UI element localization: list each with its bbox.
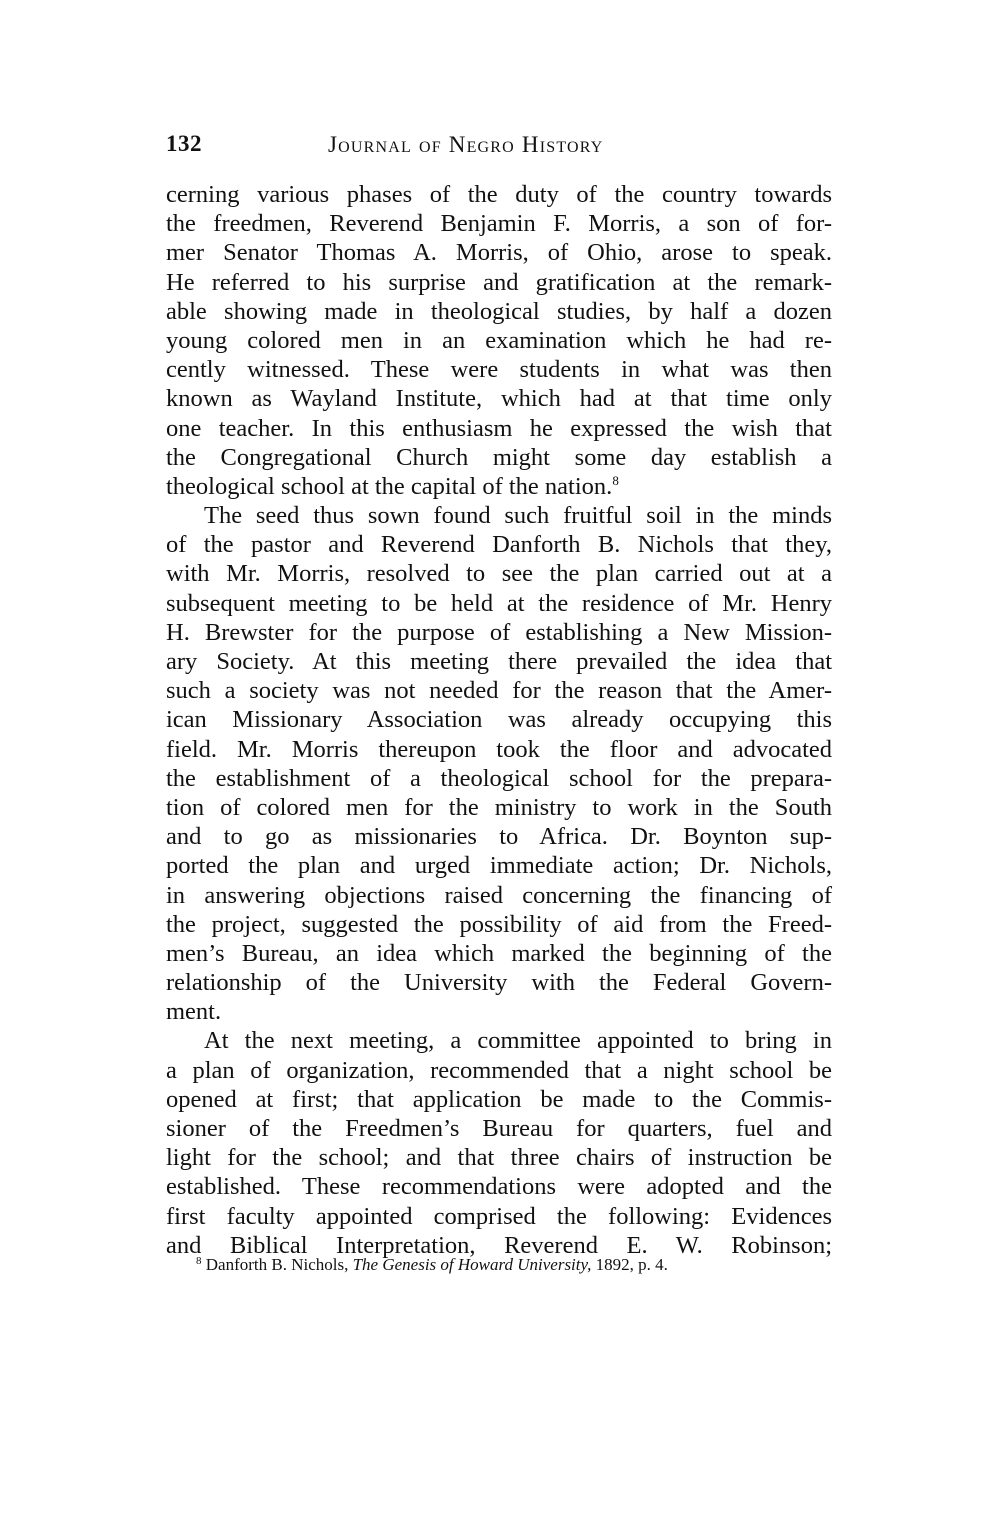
text-line: first faculty appointed comprised the fo… bbox=[166, 1202, 832, 1231]
text-line: He referred to his surprise and gratific… bbox=[166, 268, 832, 297]
footnote-reference[interactable]: 8 bbox=[612, 473, 619, 488]
text-line: The seed thus sown found such fruitful s… bbox=[166, 501, 832, 530]
text-line: light for the school; and that three cha… bbox=[166, 1143, 832, 1172]
text-line: relationship of the University with the … bbox=[166, 968, 832, 997]
text-line: such a society was not needed for the re… bbox=[166, 676, 832, 705]
text-line: ary Society. At this meeting there preva… bbox=[166, 647, 832, 676]
journal-title: Journal of Negro History bbox=[328, 132, 604, 158]
text-line: a plan of organization, recommended that… bbox=[166, 1056, 832, 1085]
text-line: theological school at the capital of the… bbox=[166, 472, 832, 501]
text-line: ican Missionary Association was already … bbox=[166, 705, 832, 734]
text-line: tion of colored men for the ministry to … bbox=[166, 793, 832, 822]
text-line: opened at first; that application be mad… bbox=[166, 1085, 832, 1114]
text-line: the Congregational Church might some day… bbox=[166, 443, 832, 472]
text-line: subsequent meeting to be held at the res… bbox=[166, 589, 832, 618]
footnote: 8 Danforth B. Nichols, The Genesis of Ho… bbox=[196, 1254, 836, 1276]
text-line: H. Brewster for the purpose of establish… bbox=[166, 618, 832, 647]
text-line: men’s Bureau, an idea which marked the b… bbox=[166, 939, 832, 968]
footnote-publication-info: 1892, p. 4. bbox=[591, 1255, 668, 1274]
running-head: 132 Journal of Negro History bbox=[166, 131, 832, 161]
text-line: one teacher. In this enthusiasm he expre… bbox=[166, 414, 832, 443]
text-line: cerning various phases of the duty of th… bbox=[166, 180, 832, 209]
text-line: field. Mr. Morris thereupon took the flo… bbox=[166, 735, 832, 764]
paragraph-3: At the next meeting, a committee appoint… bbox=[166, 1026, 832, 1260]
document-page: 132 Journal of Negro History cerning var… bbox=[0, 0, 1000, 1517]
text-line: cently witnessed. These were students in… bbox=[166, 355, 832, 384]
text-line: ment. bbox=[166, 997, 832, 1026]
text-line: young colored men in an examination whic… bbox=[166, 326, 832, 355]
text-line: the freedmen, Reverend Benjamin F. Morri… bbox=[166, 209, 832, 238]
page-number: 132 bbox=[166, 131, 202, 157]
footnote-author: Danforth B. Nichols, bbox=[206, 1255, 353, 1274]
paragraph-1: cerning various phases of the duty of th… bbox=[166, 180, 832, 501]
text-line: of the pastor and Reverend Danforth B. N… bbox=[166, 530, 832, 559]
text-line: the establishment of a theological schoo… bbox=[166, 764, 832, 793]
text-line: At the next meeting, a committee appoint… bbox=[166, 1026, 832, 1055]
body-text: cerning various phases of the duty of th… bbox=[166, 180, 832, 1260]
paragraph-2: The seed thus sown found such fruitful s… bbox=[166, 501, 832, 1026]
text-line-content: theological school at the capital of the… bbox=[166, 473, 612, 500]
text-line: known as Wayland Institute, which had at… bbox=[166, 384, 832, 413]
text-line: the project, suggested the possibility o… bbox=[166, 910, 832, 939]
text-line: and to go as missionaries to Africa. Dr.… bbox=[166, 822, 832, 851]
text-line: able showing made in theological studies… bbox=[166, 297, 832, 326]
text-line: sioner of the Freedmen’s Bureau for quar… bbox=[166, 1114, 832, 1143]
text-line: in answering objections raised concernin… bbox=[166, 881, 832, 910]
footnote-book-title: The Genesis of Howard University, bbox=[353, 1255, 592, 1274]
text-line: mer Senator Thomas A. Morris, of Ohio, a… bbox=[166, 238, 832, 267]
text-line: established. These recommendations were … bbox=[166, 1172, 832, 1201]
text-line: ported the plan and urged immediate acti… bbox=[166, 851, 832, 880]
footnote-number: 8 bbox=[196, 1255, 202, 1267]
text-line: with Mr. Morris, resolved to see the pla… bbox=[166, 559, 832, 588]
